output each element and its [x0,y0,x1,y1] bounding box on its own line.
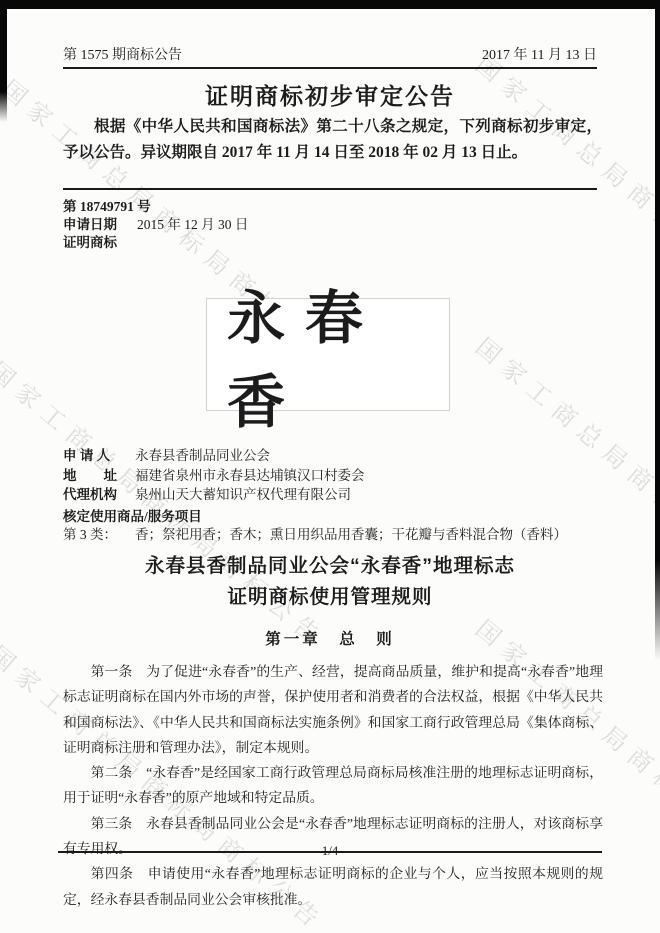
field-label: 地 址 [63,466,123,486]
application-date-row: 申请日期2015 年 12 月 30 日 [63,213,248,233]
rules-title-line2: 证明商标使用管理规则 [227,586,432,608]
trademark-image: 永春香 [206,298,450,411]
mark-type-label: 证明商标 [63,231,117,251]
goods-list: 香；祭祀用香；香木；熏日用织品用香囊；干花瓣与香料混合物（香料） [135,527,567,542]
goods-class-label: 第 3 类： [63,527,117,542]
chapter-heading: 第一章 总 则 [0,627,660,649]
field-value: 福建省泉州市永春县达埔镇汉口村委会 [135,468,365,483]
gazette-date: 2017 年 11 月 13 日 [482,44,597,64]
applicant-fields: 申 请 人永春县香制品同业公会 地 址福建省泉州市永春县达埔镇汉口村委会 代理机… [63,446,602,505]
announcement-title: 证明商标初步审定公告 [0,78,660,111]
application-date-label: 申请日期 [63,213,125,233]
article-2: 第二条 “永春香”是经国家工商行政管理总局商标局核准注册的地理标志证明商标，用于… [63,760,603,811]
field-value: 永春县香制品同业公会 [135,448,270,463]
field-value: 泉州山天大蓄知识产权代理有限公司 [135,487,351,502]
section-divider-rule [63,188,597,190]
announcement-body: 根据《中华人民共和国商标法》第二十八条之规定，下列商标初步审定，予以公告。异议期… [63,114,602,166]
trademark-calligraphy-text: 永春香 [207,271,449,439]
article-4: 第四条 申请使用“永春香”地理标志证明商标的企业与个人，应当按照本规则的规定，经… [63,861,603,912]
rules-title: 永春县香制品同业公会“永春香”地理标志 证明商标使用管理规则 [0,551,660,613]
goods-class-row: 第 3 类：香；祭祀用香；香木；熏日用织品用香囊；干花瓣与香料混合物（香料） [63,523,610,543]
header-rule [63,67,597,69]
scan-edge-top [0,0,660,9]
gazette-issue: 第 1575 期商标公告 [63,44,182,64]
goods-section-header: 核定使用商品/服务项目 [63,505,202,525]
page-header: 第 1575 期商标公告 2017 年 11 月 13 日 [63,44,597,64]
field-label: 代理机构 [63,485,123,505]
gazette-page: 国家工商总局商标局商标公告 国家工商总局商标局商标公告 国家工商总局商标局商标公… [0,0,660,933]
rules-articles: 第一条 为了促进“永春香”的生产、经营，提高商品质量，维护和提高“永春香”地理标… [63,659,603,912]
rules-title-line1: 永春县香制品同业公会“永春香”地理标志 [145,555,515,577]
application-date-value: 2015 年 12 月 30 日 [137,217,248,232]
field-row-agent: 代理机构泉州山天大蓄知识产权代理有限公司 [63,485,602,505]
application-number: 第 18749791 号 [63,195,151,215]
field-row-applicant: 申 请 人永春县香制品同业公会 [63,446,602,466]
article-1: 第一条 为了促进“永春香”的生产、经营，提高商品质量，维护和提高“永春香”地理标… [63,659,603,760]
field-label: 申 请 人 [63,446,123,466]
page-number: 1/4 [0,843,660,859]
field-row-address: 地 址福建省泉州市永春县达埔镇汉口村委会 [63,466,602,486]
